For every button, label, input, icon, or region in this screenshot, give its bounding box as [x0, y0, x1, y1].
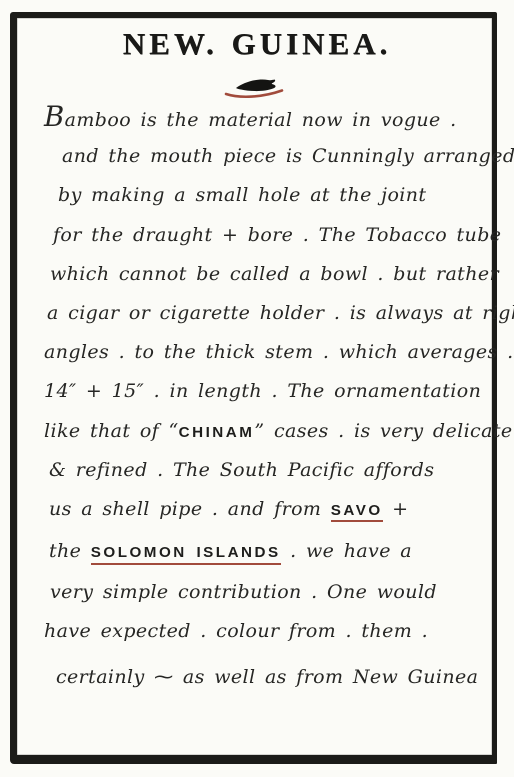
manuscript-line: certainly ⁓ as well as from New Guinea	[44, 666, 488, 690]
manuscript-text: like that of “	[44, 420, 179, 442]
manuscript-text: for the draught + bore . The Tobacco tub…	[53, 224, 501, 246]
title-flourish	[0, 74, 514, 104]
manuscript-text: & refined . The South Pacific affords	[49, 459, 434, 481]
manuscript-emphasis: SOLOMON ISLANDS	[91, 544, 281, 565]
manuscript-line: like that of “CHINAM” cases . is very de…	[44, 420, 488, 444]
manuscript-text: by making a small hole at the joint	[58, 184, 426, 206]
manuscript-text: ” cases . is very delicate	[254, 420, 512, 442]
manuscript-line: the SOLOMON ISLANDS . we have a	[44, 540, 488, 564]
manuscript-text: which cannot be called a bowl . but rath…	[50, 263, 499, 285]
manuscript-line: by making a small hole at the joint	[44, 184, 488, 208]
manuscript-text: angles . to the thick stem . which avera…	[44, 341, 514, 363]
manuscript-text: the	[49, 540, 91, 562]
manuscript-line: angles . to the thick stem . which avera…	[44, 341, 488, 365]
manuscript-line: and the mouth piece is Cunningly arrange…	[44, 145, 488, 169]
manuscript-text: . we have a	[281, 540, 412, 562]
manuscript-line: 14″ + 15″ . in length . The ornamentatio…	[44, 380, 488, 404]
manuscript-text: have expected . colour from . them .	[44, 620, 428, 642]
manuscript-line: & refined . The South Pacific affords	[44, 459, 488, 483]
manuscript-body: Bamboo is the material now in vogue .and…	[44, 106, 488, 705]
manuscript-line: very simple contribution . One would	[44, 581, 488, 605]
manuscript-line: Bamboo is the material now in vogue .	[44, 106, 488, 130]
ink-swoosh-icon	[214, 74, 300, 100]
manuscript-page: { "document": { "title": "NEW. GUINEA.",…	[0, 0, 514, 777]
manuscript-text: and the mouth piece is Cunningly arrange…	[62, 145, 514, 167]
page-title: NEW. GUINEA.	[0, 26, 514, 62]
manuscript-line: us a shell pipe . and from SAVO +	[44, 498, 488, 522]
manuscript-text: 14″ + 15″ . in length . The ornamentatio…	[44, 380, 481, 402]
manuscript-text: Bamboo is the material now in vogue .	[44, 109, 457, 131]
manuscript-line: a cigar or cigarette holder . is always …	[44, 302, 488, 326]
manuscript-text: very simple contribution . One would	[50, 581, 437, 603]
manuscript-line: have expected . colour from . them .	[44, 620, 488, 644]
manuscript-text: a cigar or cigarette holder . is always …	[47, 302, 514, 324]
manuscript-line: which cannot be called a bowl . but rath…	[44, 263, 488, 287]
manuscript-emphasis: SAVO	[331, 502, 383, 523]
manuscript-text: +	[383, 498, 409, 520]
manuscript-text: certainly ⁓ as well as from New Guinea	[56, 666, 478, 688]
manuscript-line: for the draught + bore . The Tobacco tub…	[44, 224, 488, 248]
manuscript-emphasis: CHINAM	[179, 424, 255, 441]
manuscript-text: us a shell pipe . and from	[49, 498, 331, 520]
